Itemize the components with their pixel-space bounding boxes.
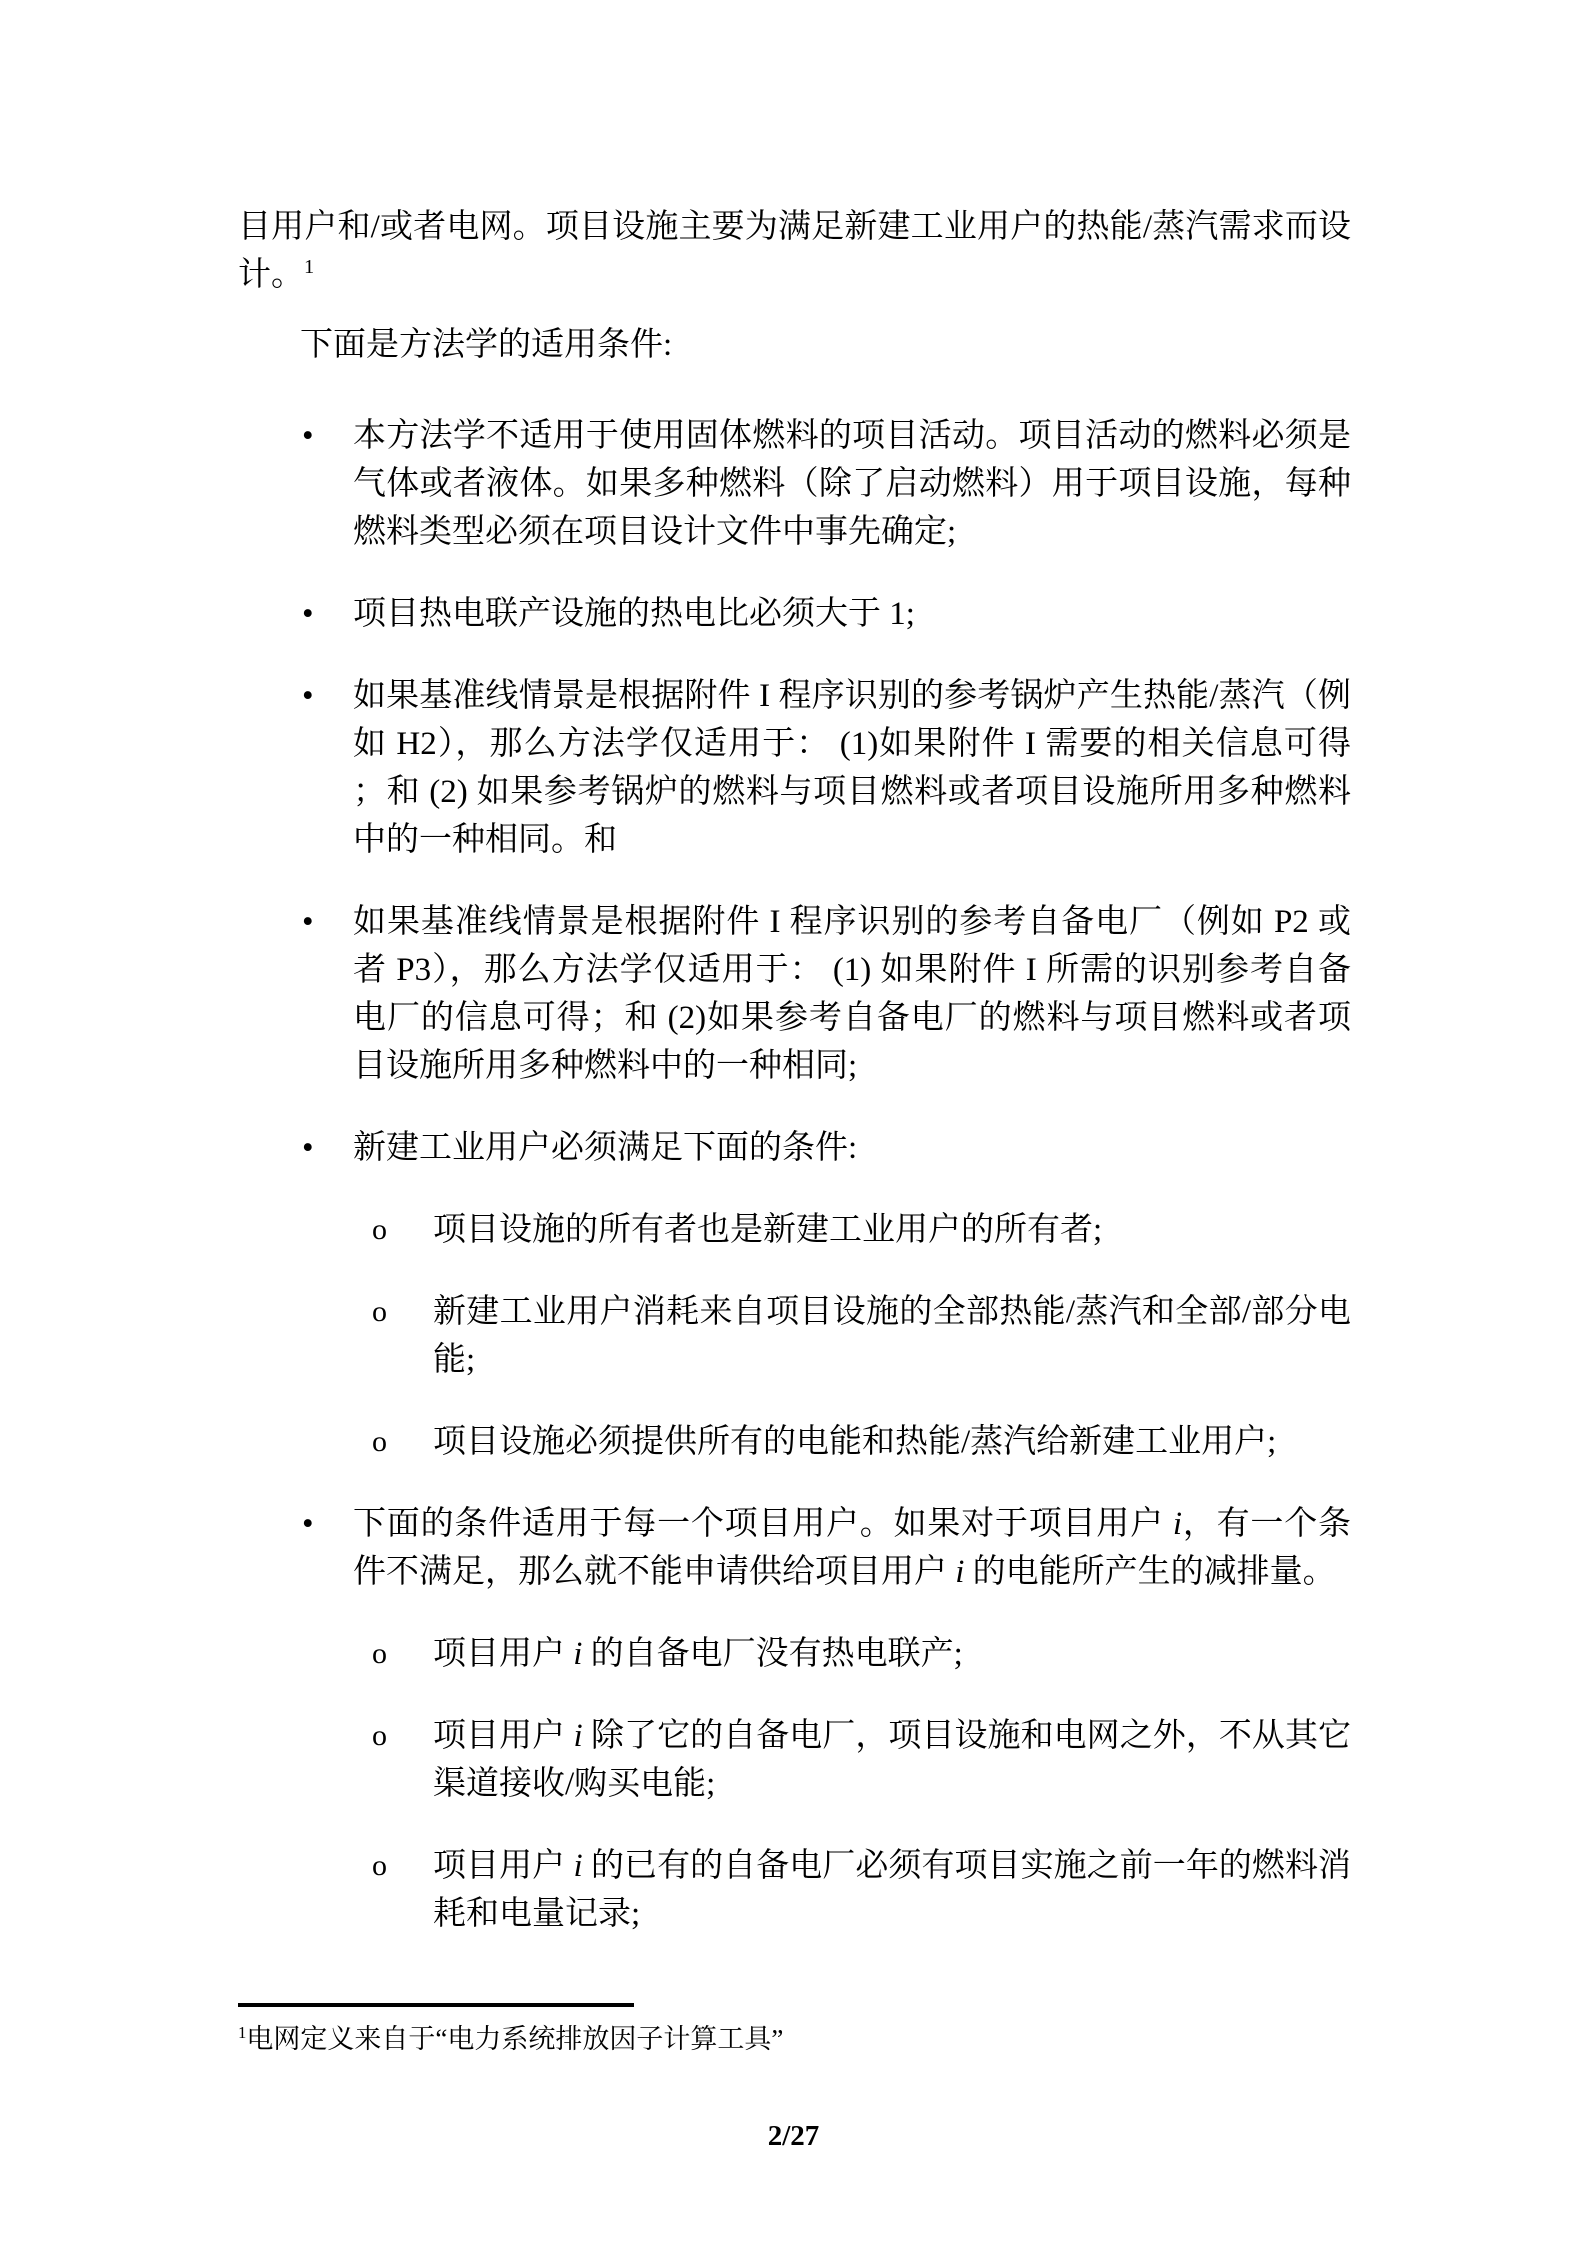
circle-marker-icon: o xyxy=(372,1842,387,1890)
page-content: 目用户和/或者电网。项目设施主要为满足新建工业用户的热能/蒸汽需求而设计。1 下… xyxy=(238,203,1351,1972)
list-item-text: 新建工业用户消耗来自项目设施的全部热能/蒸汽和全部/部分电能; xyxy=(433,1294,1351,1378)
sub-condition-item: o新建工业用户消耗来自项目设施的全部热能/蒸汽和全部/部分电能; xyxy=(238,1288,1351,1384)
sub-condition-item: o项目用户 i 的已有的自备电厂必须有项目实施之前一年的燃料消耗和电量记录; xyxy=(238,1842,1351,1938)
page-number: 2/27 xyxy=(768,2120,820,2152)
circle-marker-icon: o xyxy=(372,1206,387,1254)
list-item-text: 项目设施的所有者也是新建工业用户的所有者; xyxy=(433,1212,1102,1248)
sub-condition-item: o项目用户 i 除了它的自备电厂，项目设施和电网之外，不从其它渠道接收/购买电能… xyxy=(238,1712,1351,1808)
sub-condition-item: o项目设施的所有者也是新建工业用户的所有者; xyxy=(238,1206,1351,1254)
bullet-marker-icon: • xyxy=(302,1500,314,1548)
condition-item: •下面的条件适用于每一个项目用户。如果对于项目用户 i，有一个条件不满足，那么就… xyxy=(238,1500,1351,1596)
bullet-marker-icon: • xyxy=(302,412,314,460)
page-footer: 2/27 xyxy=(0,2120,1587,2153)
list-item-text: 本方法学不适用于使用固体燃料的项目活动。项目活动的燃料必须是气体或者液体。如果多… xyxy=(353,418,1351,550)
condition-item: •如果基准线情景是根据附件 I 程序识别的参考锅炉产生热能/蒸汽（例如 H2），… xyxy=(238,672,1351,864)
applicability-conditions-list: •本方法学不适用于使用固体燃料的项目活动。项目活动的燃料必须是气体或者液体。如果… xyxy=(238,412,1351,1938)
list-item-text: 如果基准线情景是根据附件 I 程序识别的参考锅炉产生热能/蒸汽（例如 H2），那… xyxy=(353,678,1351,858)
list-item-text: 项目用户 i 的自备电厂没有热电联产; xyxy=(433,1636,963,1672)
paragraph-text: 目用户和/或者电网。项目设施主要为满足新建工业用户的热能/蒸汽需求而设计。 xyxy=(238,209,1351,293)
condition-item: •新建工业用户必须满足下面的条件: xyxy=(238,1124,1351,1172)
footnote-text: 电网定义来自于“电力系统排放因子计算工具” xyxy=(246,2024,783,2054)
document-page: 目用户和/或者电网。项目设施主要为满足新建工业用户的热能/蒸汽需求而设计。1 下… xyxy=(0,0,1587,2245)
list-item-text: 如果基准线情景是根据附件 I 程序识别的参考自备电厂（例如 P2 或者 P3），… xyxy=(353,904,1351,1084)
list-item-text: 项目用户 i 的已有的自备电厂必须有项目实施之前一年的燃料消耗和电量记录; xyxy=(433,1848,1351,1932)
sub-condition-item: o项目设施必须提供所有的电能和热能/蒸汽给新建工业用户; xyxy=(238,1418,1351,1466)
condition-item: •如果基准线情景是根据附件 I 程序识别的参考自备电厂（例如 P2 或者 P3）… xyxy=(238,898,1351,1090)
circle-marker-icon: o xyxy=(372,1712,387,1760)
circle-marker-icon: o xyxy=(372,1288,387,1336)
circle-marker-icon: o xyxy=(372,1630,387,1678)
list-item-text: 项目用户 i 除了它的自备电厂，项目设施和电网之外，不从其它渠道接收/购买电能; xyxy=(433,1718,1351,1802)
list-item-text: 项目热电联产设施的热电比必须大于 1; xyxy=(353,596,915,632)
condition-item: •本方法学不适用于使用固体燃料的项目活动。项目活动的燃料必须是气体或者液体。如果… xyxy=(238,412,1351,556)
list-item-text: 新建工业用户必须满足下面的条件: xyxy=(353,1130,857,1166)
footnote-ref-marker: 1 xyxy=(304,256,314,278)
bullet-marker-icon: • xyxy=(302,590,314,638)
circle-marker-icon: o xyxy=(372,1418,387,1466)
bullet-marker-icon: • xyxy=(302,898,314,946)
bullet-marker-icon: • xyxy=(302,672,314,720)
footnote-divider xyxy=(238,2003,634,2007)
continuation-paragraph: 目用户和/或者电网。项目设施主要为满足新建工业用户的热能/蒸汽需求而设计。1 xyxy=(238,203,1351,299)
footnote-area: 1电网定义来自于“电力系统排放因子计算工具” xyxy=(238,2003,1351,2057)
bullet-marker-icon: • xyxy=(302,1124,314,1172)
sub-condition-item: o项目用户 i 的自备电厂没有热电联产; xyxy=(238,1630,1351,1678)
condition-item: •项目热电联产设施的热电比必须大于 1; xyxy=(238,590,1351,638)
list-item-text: 下面的条件适用于每一个项目用户。如果对于项目用户 i，有一个条件不满足，那么就不… xyxy=(353,1506,1351,1590)
applicability-intro-line: 下面是方法学的适用条件: xyxy=(238,321,1351,369)
list-item-text: 项目设施必须提供所有的电能和热能/蒸汽给新建工业用户; xyxy=(433,1424,1276,1460)
footnote: 1电网定义来自于“电力系统排放因子计算工具” xyxy=(238,2021,1351,2057)
